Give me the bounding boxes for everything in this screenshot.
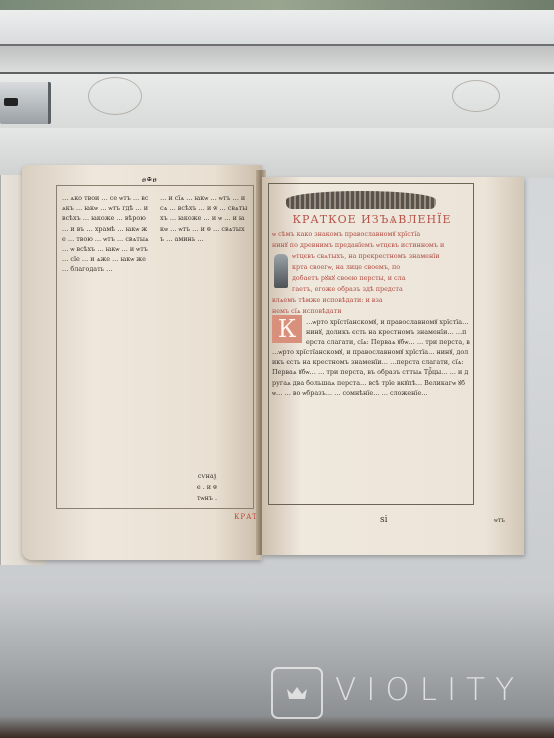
latch-slot [4, 98, 18, 106]
left-column-1: … ѧко твои … се ѡтъ … всѧкъ … ꙗкѡ … ѡтъ … [62, 193, 150, 505]
intro-line-5: добаетъ рꙋкꙋ своею персты, и сла [292, 273, 470, 284]
page-number: ѕі [380, 515, 388, 525]
floral-headpiece-ornament [286, 191, 436, 209]
drop-cap-initial: К [272, 315, 302, 343]
right-page: КРАТКОЕ ИЗЪѦВЛЕНЇЕ ѡ сѣмъ како знакомъ п… [262, 177, 524, 555]
intro-line-7: влѧемъ тѣмже исповѣдати: и вза [272, 295, 470, 306]
intro-line-1: ѡ сѣмъ како знакомъ православномꙋ хрїстї… [272, 229, 470, 240]
left-page: ፀ✠ፀ … ѧко твои … се ѡтъ … всѧкъ … ꙗкѡ … … [22, 165, 262, 560]
window-latch [0, 82, 51, 124]
left-column-2-end-1: сѵнаѯ [172, 471, 242, 482]
hand-blessing-figure-icon [274, 254, 288, 288]
left-column-2-end-3: тѡнъ . [172, 493, 242, 504]
left-column-2-end-2: е . и ѿ [172, 482, 242, 493]
window-track [0, 72, 554, 132]
page-title: КРАТКОЕ ИЗЪѦВЛЕНЇЕ [272, 213, 472, 226]
left-column-2: … и сїѧ … ꙗкѡ … ѡтъ … и сѧ … всѣхъ … и ѿ… [160, 193, 248, 469]
intro-line-4: крта своегѡ, на лице своемъ, по [292, 262, 470, 273]
right-page-body: …ѡрто хрїстїанскомꙋ, и православномꙋ хрї… [306, 317, 470, 347]
stain [88, 77, 142, 115]
watermark-logo-box [271, 667, 323, 719]
violity-watermark: VIOLITY [271, 667, 541, 717]
right-page-body-continued: …ѡрто хрїстїанскомꙋ, и православномꙋ хрї… [272, 347, 470, 499]
left-page-header: ፀ✠ፀ [142, 175, 158, 185]
right-page-catchword: ѡтъ [494, 517, 505, 524]
stain [452, 80, 500, 112]
watermark-text: VIOLITY [335, 672, 524, 708]
window-frame [0, 10, 554, 46]
intro-line-3: ѡтцєвъ свѧтыхъ, на прекрестномъ знаменїи [292, 251, 470, 262]
window-rail [0, 46, 554, 72]
crown-icon [286, 686, 308, 700]
intro-line-6: гаетъ, егоже образъ здѣ предста [292, 284, 470, 295]
open-book: ፀ✠ፀ … ѧко твои … се ѡтъ … всѧкъ … ꙗкѡ … … [0, 165, 530, 565]
intro-line-2: нинꙋ по древнимъ преданїемъ ѡтцєвъ истин… [272, 240, 470, 251]
